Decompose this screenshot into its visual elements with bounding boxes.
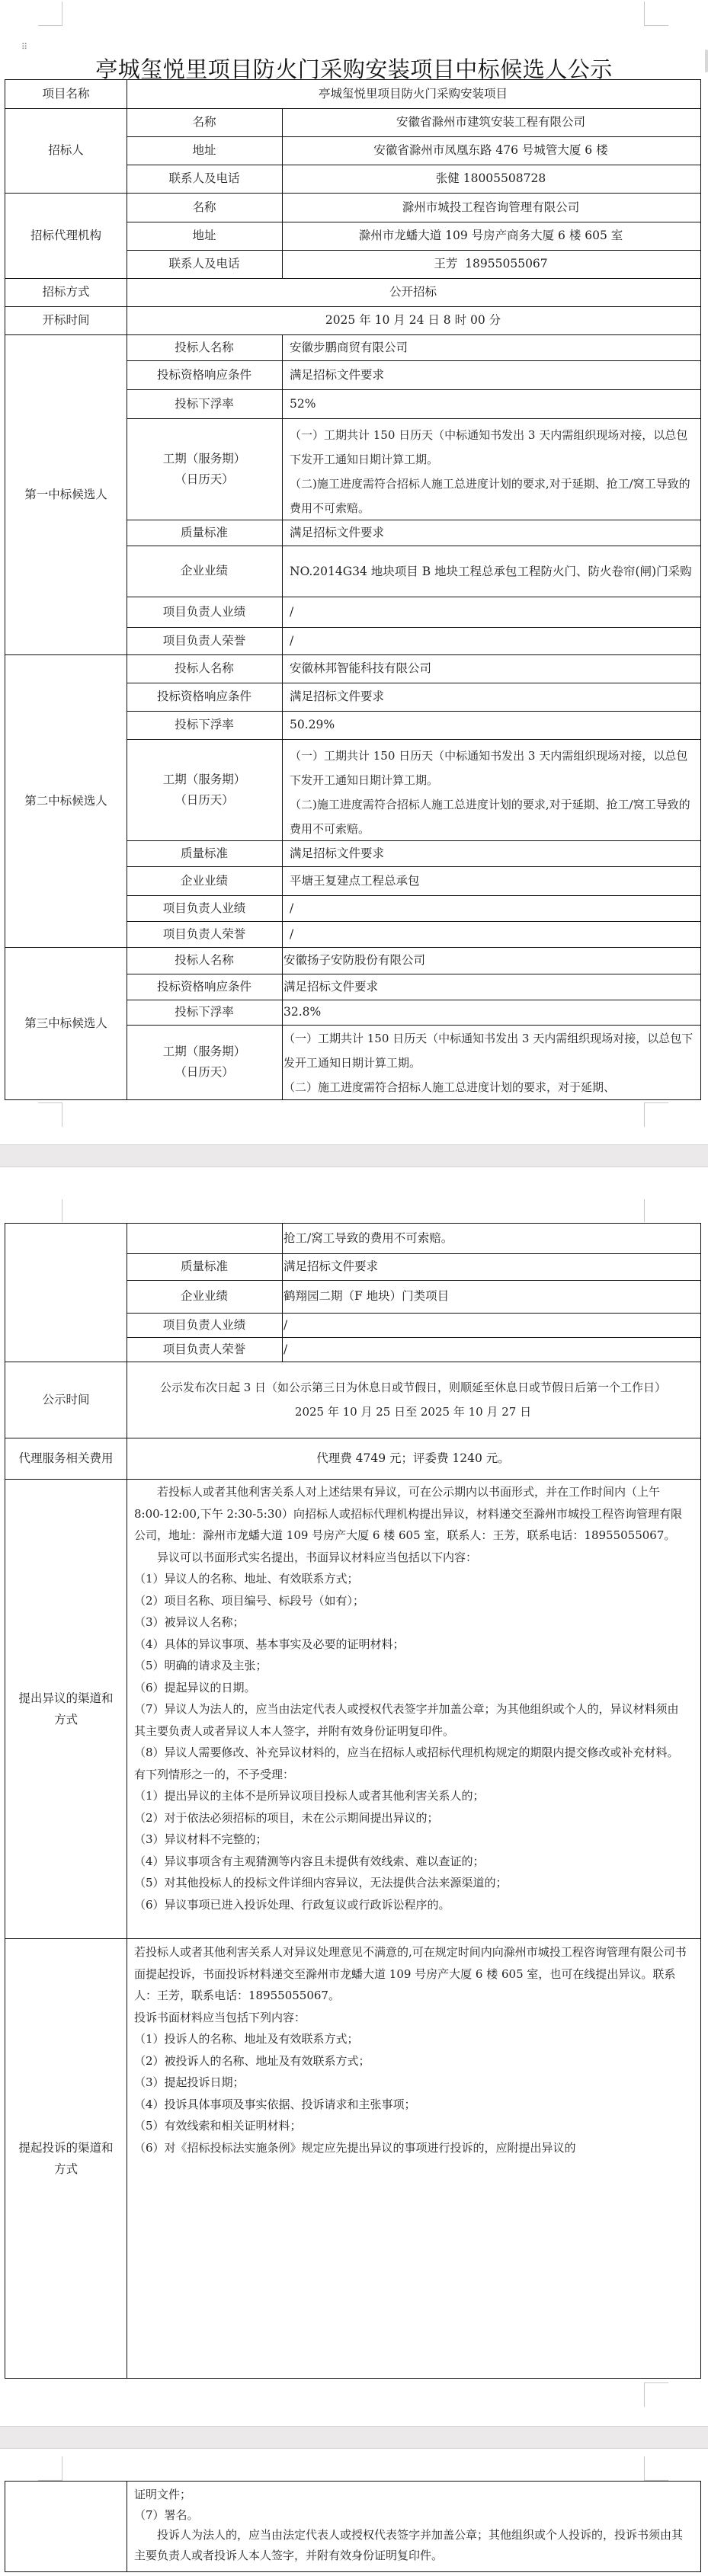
objection-item: （6）提起异议的日期。 (134, 1677, 689, 1699)
page-corner-mark (644, 2456, 668, 2481)
label-discount-rate: 投标下浮率 (127, 1000, 282, 1025)
value-open-time: 2025 年 10 月 24 日 8 时 00 分 (127, 306, 700, 334)
label-tenderer-contact: 联系人及电话 (127, 165, 282, 193)
value-publicity: 公示发布次日起 3 日（如公示第三日为休息日或节假日，则顺延至休息日或节假日后第… (127, 1362, 700, 1438)
label-qualification: 投标资格响应条件 (127, 360, 282, 389)
complaint-item: （4）投诉具体事项及事实依据、投诉请求和主张事项； (134, 2094, 689, 2116)
complaint-item: （6）对《招标投标法实施条例》规定应先提出异议的事项进行投诉的，应附提出异议的 (134, 2137, 689, 2159)
label-performance: 企业业绩 (127, 866, 282, 895)
candidate-3-qualification: 满足招标文件要求 (282, 974, 700, 1000)
candidate-1-pm-performance: / (282, 597, 700, 627)
objection-reject-item: （6）异议事项已进入投诉处理、行政复议或行政诉讼程序的。 (134, 1894, 689, 1916)
label-quality: 质量标准 (127, 520, 282, 546)
objection-item: （7）异议人为法人的，应当由法定代表人或授权代表签字并加盖公章；为其他组织或个人… (134, 1698, 689, 1742)
complaint-item: （2）被投诉人的名称、地址及有效联系方式； (134, 2050, 689, 2072)
value-bid-method: 公开招标 (127, 278, 700, 306)
announcement-table-page-1: 项目名称 亭城玺悦里项目防火门采购安装项目 招标人 名称 安徽省滁州市建筑安装工… (5, 79, 701, 1100)
objection-reject-item: （3）异议材料不完整的； (134, 1829, 689, 1851)
candidate-3-period-p1: （一）工期共计 150 日历天（中标通知书发出 3 天内需组织现场对接，以总包下… (284, 1026, 697, 1075)
complaint-item: （5）有效线索和相关证明材料； (134, 2115, 689, 2137)
page-corner-mark (38, 1102, 62, 1127)
page-corner-mark (644, 2382, 668, 2407)
label-bidder-name: 投标人名称 (127, 654, 282, 683)
announcement-table-page-2: 抢工/窝工导致的费用不可索赔。 质量标准 满足招标文件要求 企业业绩 鹤翔园二期… (5, 1223, 701, 2379)
objection-item: （5）明确的请求及主张； (134, 1655, 689, 1677)
complaint-content-continued: 证明文件； （7）署名。 投诉人为法人的，应当由法定代表人或授权代表签字并加盖公… (127, 2485, 700, 2571)
objection-reject-item: （5）对其他投标人的投标文件详细内容异议，无法提供合法来源渠道的； (134, 1872, 689, 1894)
label-tenderer-address: 地址 (127, 136, 282, 165)
candidate-2-pm-honor: / (282, 921, 700, 947)
label-agency-contact: 联系人及电话 (127, 250, 282, 278)
label-pm-honor: 项目负责人荣誉 (127, 627, 282, 654)
document-page-2: 抢工/窝工导致的费用不可索赔。 质量标准 满足招标文件要求 企业业绩 鹤翔园二期… (0, 1167, 708, 2426)
complaint-intro: 若投标人或者其他利害关系人对异议处理意见不满意的,可在规定时间内向滁州市城投工程… (134, 1941, 689, 2007)
label-quality: 质量标准 (127, 840, 282, 866)
candidate-1-performance: NO.2014G34 地块项目 B 地块工程总承包工程防火门、防火卷帘(闸)门采… (282, 546, 700, 597)
candidate-3-performance: 鹤翔园二期（F 地块）门类项目 (282, 1280, 700, 1313)
label-pm-honor: 项目负责人荣誉 (127, 921, 282, 947)
page-corner-mark (38, 2456, 62, 2481)
candidate-3-rank: 第三中标候选人 (5, 947, 127, 1099)
value-tenderer-contact: 张健 18005508728 (282, 165, 700, 193)
page-corner-mark (644, 1199, 668, 1222)
label-tenderer: 招标人 (5, 108, 127, 193)
candidate-1-rank: 第一中标候选人 (5, 334, 127, 654)
page-corner-mark (38, 1199, 62, 1222)
page-corner-mark (644, 1102, 668, 1127)
value-project-name: 亭城玺悦里项目防火门采购安装项目 (127, 80, 700, 108)
label-period-line1: 工期（服务期） (163, 449, 246, 469)
page-separator (0, 1144, 708, 1167)
page-separator (0, 2426, 708, 2449)
objection-content: 若投标人或者其他利害关系人对上述结果有异议，可在公示期内以书面形式，并在工作时间… (127, 1481, 700, 1938)
candidate-1-period-p1: （一）工期共计 150 日历天（中标通知书发出 3 天内需组织现场对接，以总包下… (290, 423, 694, 472)
label-discount-rate: 投标下浮率 (127, 389, 282, 418)
label-agency-name: 名称 (127, 193, 282, 222)
label-project-name: 项目名称 (5, 80, 127, 108)
document-page-1: ⠿ 亭城玺悦里项目防火门采购安装项目中标候选人公示 项目名称 亭城玺悦里项目防火… (0, 0, 708, 1143)
candidate-2-period-p2: （二)施工进度需符合招标人施工总进度计划的要求,对于延期、抢工/窝工导致的费用不… (290, 792, 694, 841)
candidate-3-discount-rate: 32.8% (282, 1000, 700, 1025)
candidate-2-period-p1: （一）工期共计 150 日历天（中标通知书发出 3 天内需组织现场对接，以总包下… (290, 744, 694, 792)
complaint-item: （7）署名。 (134, 2505, 689, 2526)
candidate-1-qualification: 满足招标文件要求 (282, 360, 700, 389)
label-discount-rate: 投标下浮率 (127, 711, 282, 739)
candidate-2-quality: 满足招标文件要求 (282, 840, 700, 866)
label-period-line1: 工期（服务期） (163, 770, 246, 790)
label-publicity-time: 公示时间 (5, 1362, 127, 1438)
label-period-line1: 工期（服务期） (163, 1042, 246, 1062)
page-corner-mark (38, 2, 62, 26)
label-period-line2: （日历天） (175, 1062, 234, 1083)
label-tenderer-name: 名称 (127, 108, 282, 136)
candidate-3-quality: 满足招标文件要求 (282, 1253, 700, 1280)
label-period: 工期（服务期） （日历天） (127, 418, 282, 520)
value-agency-address: 滁州市龙蟠大道 109 号房产商务大厦 6 楼 605 室 (282, 222, 700, 250)
label-objection-channel: 提出异议的渠道和方式 (5, 1479, 127, 1938)
label-agency-address: 地址 (127, 222, 282, 250)
objection-reject-item: （1）提出异议的主体不是所异议项目投标人或者其他利害关系人的； (134, 1785, 689, 1807)
complaint-content-intro: 投诉书面材料应当包括下列内容： (134, 2007, 689, 2029)
document-page-3: 证明文件； （7）署名。 投诉人为法人的，应当由法定代表人或授权代表签字并加盖公… (0, 2449, 708, 2576)
publicity-rule: 公示发布次日起 3 日（如公示第三日为休息日或节假日，则顺延至休息日或节假日后第… (160, 1375, 666, 1400)
objection-reject-item: （2）对于依法必须招标的项目，未在公示期间提出异议的； (134, 1807, 689, 1829)
candidate-1-quality: 满足招标文件要求 (282, 520, 700, 546)
label-complaint-channel: 提起投诉的渠道和方式 (5, 1938, 127, 2378)
page-corner-mark (644, 2, 668, 26)
value-agency-name: 滁州市城投工程咨询管理有限公司 (282, 193, 700, 222)
label-qualification: 投标资格响应条件 (127, 683, 282, 711)
candidate-1-pm-honor: / (282, 627, 700, 654)
objection-item: （4）具体的异议事项、基本事实及必要的证明材料； (134, 1634, 689, 1656)
label-period: 工期（服务期） （日历天） (127, 1025, 282, 1099)
candidate-3-pm-honor: / (282, 1337, 700, 1362)
candidate-2-period: （一）工期共计 150 日历天（中标通知书发出 3 天内需组织现场对接，以总包下… (282, 739, 700, 840)
objection-content-intro: 异议可以书面形式实名提出，书面异议材料应当包括以下内容： (134, 1547, 689, 1569)
objection-reject-item: （4）异议事项含有主观猜测等内容且未提供有效线索、难以查证的； (134, 1851, 689, 1873)
candidate-3-period-continued: 抢工/窝工导致的费用不可索赔。 (282, 1224, 700, 1253)
label-pm-performance: 项目负责人业绩 (127, 1313, 282, 1337)
objection-item: （3）被异议人名称； (134, 1611, 689, 1634)
publicity-dates: 2025 年 10 月 25 日至 2025 年 10 月 27 日 (295, 1400, 531, 1424)
candidate-3-period-p2-part1: （二）施工进度需符合招标人施工总进度计划的要求，对于延期、 (284, 1075, 697, 1099)
label-pm-performance: 项目负责人业绩 (127, 597, 282, 627)
complaint-item: （1）投诉人的名称、地址及有效联系方式； (134, 2028, 689, 2050)
candidate-3-pm-performance: / (282, 1313, 700, 1337)
objection-item: （1）异议人的名称、地址、有效联系方式； (134, 1568, 689, 1590)
label-period-line2: （日历天） (175, 790, 234, 811)
value-tenderer-name: 安徽省滁州市建筑安装工程有限公司 (282, 108, 700, 136)
label-period-line2: （日历天） (175, 469, 234, 490)
candidate-1-discount-rate: 52% (282, 389, 700, 418)
value-agency-contact: 王芳 18955055067 (282, 250, 700, 278)
objection-item: （2）项目名称、项目编号、标段号（如有）； (134, 1590, 689, 1612)
label-period: 工期（服务期） （日历天） (127, 739, 282, 840)
label-performance: 企业业绩 (127, 546, 282, 597)
label-agency: 招标代理机构 (5, 193, 127, 278)
objection-intro: 若投标人或者其他利害关系人对上述结果有异议，可在公示期内以书面形式，并在工作时间… (134, 1481, 689, 1547)
label-pm-honor: 项目负责人荣誉 (127, 1337, 282, 1362)
candidate-3-bidder-name: 安徽扬子安防股份有限公司 (282, 947, 700, 974)
candidate-2-performance: 平塘王复建点工程总承包 (282, 866, 700, 895)
label-agency-fees: 代理服务相关费用 (5, 1438, 127, 1479)
complaint-item-6-continued: 证明文件； (134, 2485, 689, 2505)
candidate-1-period-p2: （二)施工进度需符合招标人施工总进度计划的要求,对于延期、抢工/窝工导致的费用不… (290, 472, 694, 520)
candidate-2-qualification: 满足招标文件要求 (282, 683, 700, 711)
candidate-2-pm-performance: / (282, 895, 700, 921)
candidate-1-bidder-name: 安徽步鹏商贸有限公司 (282, 334, 700, 360)
candidate-2-bidder-name: 安徽林邦智能科技有限公司 (282, 654, 700, 683)
label-open-time: 开标时间 (5, 306, 127, 334)
candidate-2-discount-rate: 50.29% (282, 711, 700, 739)
value-agency-fees: 代理费 4749 元；评委费 1240 元。 (127, 1438, 700, 1479)
candidate-1-period: （一）工期共计 150 日历天（中标通知书发出 3 天内需组织现场对接，以总包下… (282, 418, 700, 520)
announcement-table-page-3: 证明文件； （7）署名。 投诉人为法人的，应当由法定代表人或授权代表签字并加盖公… (5, 2481, 701, 2572)
objection-item: （8）异议人需要修改、补充异议材料的，应当在招标人或招标代理机构规定的期限内提交… (134, 1742, 689, 1764)
complaint-item: （3）提起投诉日期； (134, 2072, 689, 2094)
label-quality: 质量标准 (127, 1253, 282, 1280)
label-performance: 企业业绩 (127, 1280, 282, 1313)
objection-reject-intro: 有下列情形之一的，不予受理： (134, 1764, 689, 1786)
candidate-2-rank: 第二中标候选人 (5, 654, 127, 947)
label-pm-performance: 项目负责人业绩 (127, 895, 282, 921)
label-bidder-name: 投标人名称 (127, 334, 282, 360)
label-bidder-name: 投标人名称 (127, 947, 282, 974)
complaint-closing: 投诉人为法人的，应当由法定代表人或授权代表签字并加盖公章；其他组织或个人投诉的，… (134, 2525, 689, 2565)
candidate-3-period: （一）工期共计 150 日历天（中标通知书发出 3 天内需组织现场对接，以总包下… (282, 1025, 700, 1099)
value-tenderer-address: 安徽省滁州市凤凰东路 476 号城管大厦 6 楼 (282, 136, 700, 165)
label-bid-method: 招标方式 (5, 278, 127, 306)
complaint-content: 若投标人或者其他利害关系人对异议处理意见不满意的,可在规定时间内向滁州市城投工程… (127, 1941, 700, 2378)
label-qualification: 投标资格响应条件 (127, 974, 282, 1000)
